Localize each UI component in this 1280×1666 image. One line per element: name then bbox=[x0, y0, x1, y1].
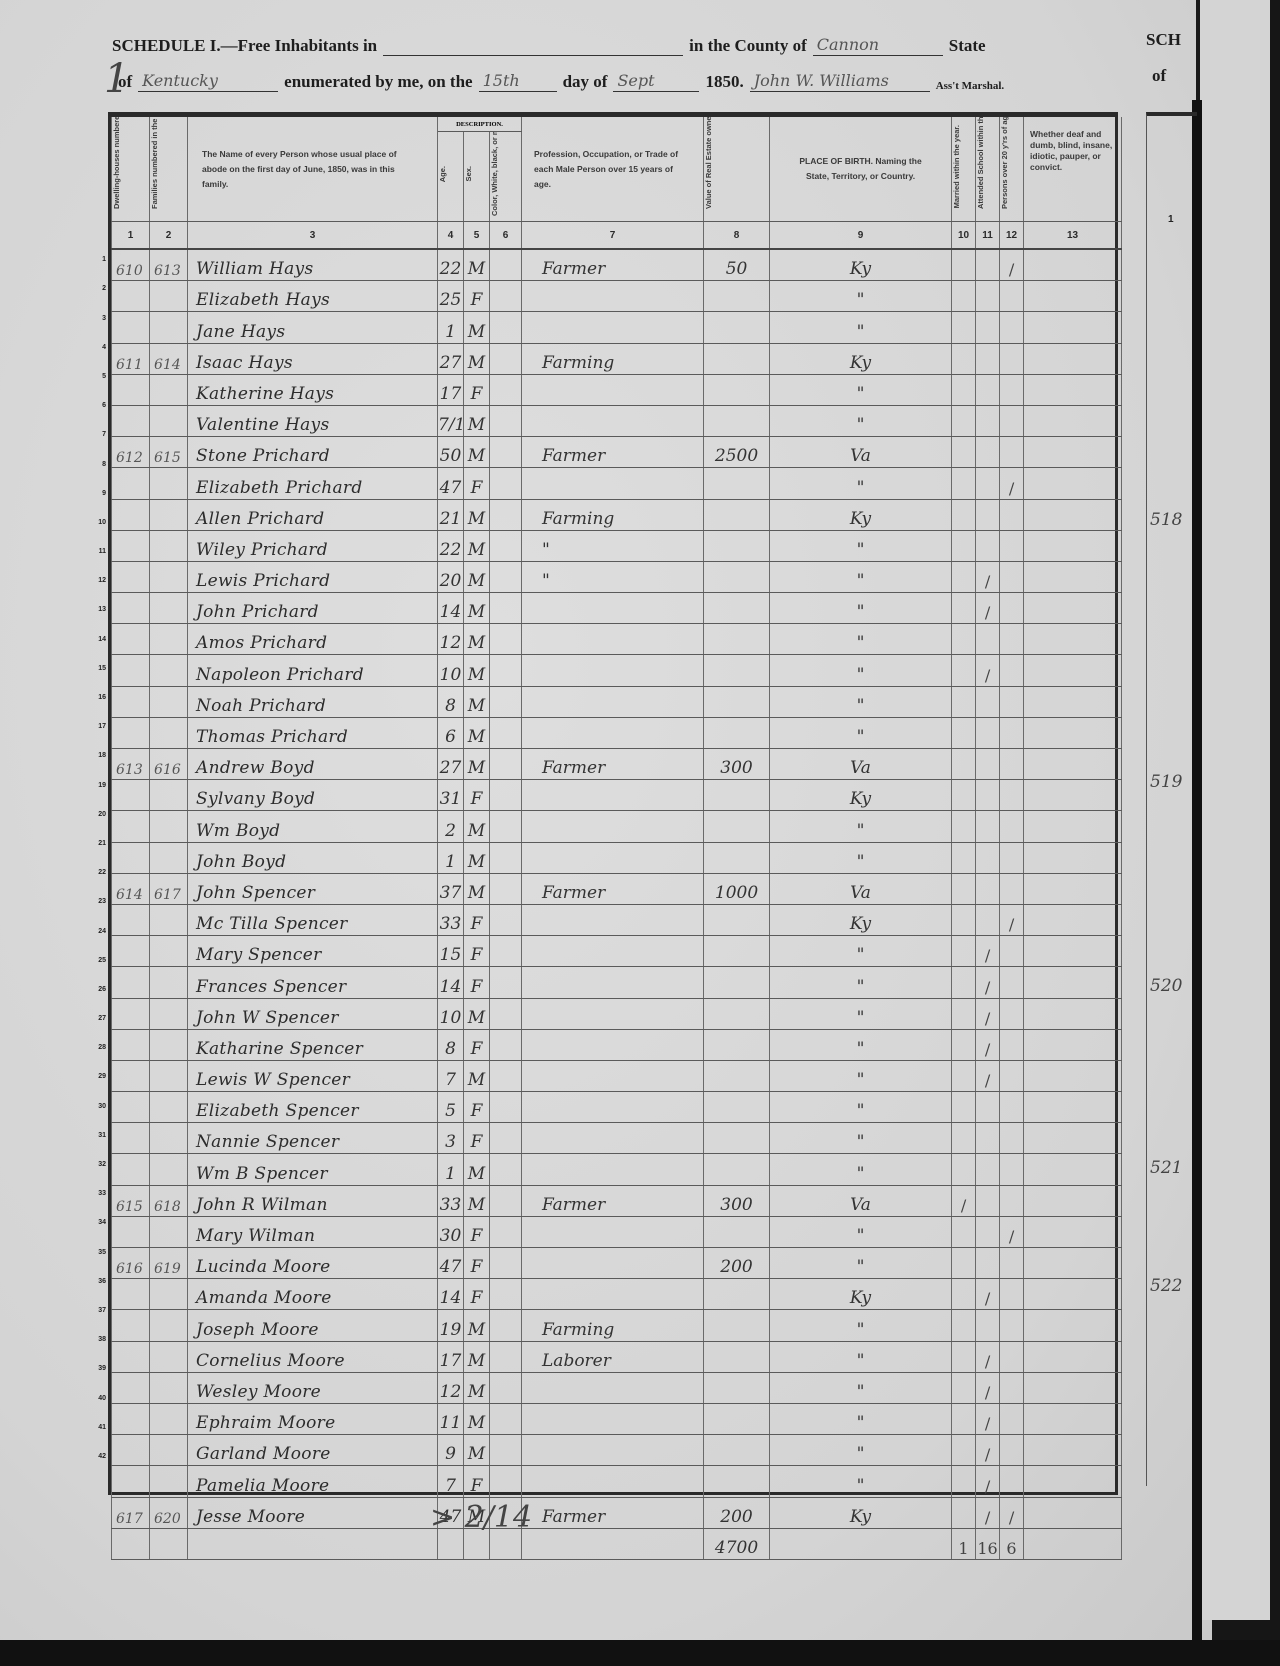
sex-cell: F bbox=[464, 1466, 490, 1497]
color-cell bbox=[490, 530, 522, 561]
cannot-read-write-cell bbox=[1000, 749, 1024, 780]
sex-cell: M bbox=[464, 1403, 490, 1434]
place-of-birth-cell: " bbox=[770, 405, 952, 436]
attended-school-cell bbox=[976, 811, 1000, 842]
attended-school-cell bbox=[976, 717, 1000, 748]
occupation-cell: Farmer bbox=[522, 1497, 704, 1528]
table-row: Allen Prichard21MFarmingKy bbox=[112, 499, 1122, 530]
line-number: 6 bbox=[84, 386, 106, 415]
place-of-birth-cell: " bbox=[770, 811, 952, 842]
married-within-year-cell bbox=[952, 1341, 976, 1372]
real-estate-value-cell bbox=[704, 374, 770, 405]
person-name-cell: Wesley Moore bbox=[188, 1372, 438, 1403]
cannot-read-write-cell bbox=[1000, 811, 1024, 842]
person-name-cell: Frances Spencer bbox=[188, 967, 438, 998]
attended-school-cell: / bbox=[976, 1466, 1000, 1497]
disability-cell bbox=[1024, 561, 1122, 592]
attended-school-cell bbox=[976, 499, 1000, 530]
table-row: Elizabeth Spencer5F" bbox=[112, 1092, 1122, 1123]
line-number: 2 bbox=[84, 269, 106, 298]
family-number-cell bbox=[150, 686, 188, 717]
age-cell: 14 bbox=[438, 593, 464, 624]
person-name-cell: Ephraim Moore bbox=[188, 1403, 438, 1434]
attended-school-cell bbox=[976, 343, 1000, 374]
family-number-cell bbox=[150, 1466, 188, 1497]
real-estate-value-cell bbox=[704, 1092, 770, 1123]
cannot-read-write-cell bbox=[1000, 1154, 1024, 1185]
sex-cell: F bbox=[464, 1123, 490, 1154]
married-within-year-cell bbox=[952, 1403, 976, 1434]
line-number: 40 bbox=[84, 1378, 106, 1407]
married-within-year-cell bbox=[952, 530, 976, 561]
attended-school-cell bbox=[976, 624, 1000, 655]
color-cell bbox=[490, 1123, 522, 1154]
attended-school-cell: / bbox=[976, 967, 1000, 998]
attended-school-cell: / bbox=[976, 1435, 1000, 1466]
person-name-cell: Thomas Prichard bbox=[188, 717, 438, 748]
county-field: Cannon bbox=[813, 35, 943, 56]
real-estate-value-cell bbox=[704, 1154, 770, 1185]
place-of-birth-cell: " bbox=[770, 530, 952, 561]
sex-cell: M bbox=[464, 655, 490, 686]
color-cell bbox=[490, 1310, 522, 1341]
scan-border bbox=[0, 1640, 1280, 1666]
dwelling-number-cell bbox=[112, 1060, 150, 1091]
person-name-cell: John W Spencer bbox=[188, 998, 438, 1029]
dwelling-number-cell bbox=[112, 904, 150, 935]
real-estate-value-cell bbox=[704, 655, 770, 686]
place-of-birth-cell: " bbox=[770, 624, 952, 655]
occupation-cell bbox=[522, 686, 704, 717]
married-within-year-cell: 1 bbox=[952, 1528, 976, 1559]
person-name-cell: Jane Hays bbox=[188, 312, 438, 343]
table-row: Cornelius Moore17MLaborer"/ bbox=[112, 1341, 1122, 1372]
table-row: Joseph Moore19MFarming" bbox=[112, 1310, 1122, 1341]
color-cell bbox=[490, 499, 522, 530]
place-of-birth-cell: Ky bbox=[770, 1279, 952, 1310]
dwelling-number-cell bbox=[112, 655, 150, 686]
sex-cell: F bbox=[464, 468, 490, 499]
occupation-cell bbox=[522, 1216, 704, 1247]
dwelling-number-cell bbox=[112, 842, 150, 873]
table-row: Garland Moore9M"/ bbox=[112, 1435, 1122, 1466]
married-within-year-cell: / bbox=[952, 1185, 976, 1216]
married-within-year-cell bbox=[952, 1154, 976, 1185]
place-of-birth-cell: Va bbox=[770, 873, 952, 904]
person-name-cell: Wiley Prichard bbox=[188, 530, 438, 561]
place-of-birth-cell: " bbox=[770, 936, 952, 967]
cannot-read-write-cell bbox=[1000, 780, 1024, 811]
sex-cell: M bbox=[464, 749, 490, 780]
occupation-cell bbox=[522, 904, 704, 935]
cannot-read-write-cell bbox=[1000, 873, 1024, 904]
real-estate-value-cell bbox=[704, 343, 770, 374]
family-number-cell bbox=[150, 499, 188, 530]
color-cell bbox=[490, 967, 522, 998]
age-cell: 22 bbox=[438, 249, 464, 281]
table-row: 612615Stone Prichard50MFarmer2500Va bbox=[112, 437, 1122, 468]
table-row: Mary Spencer15F"/ bbox=[112, 936, 1122, 967]
next-page-entry: 518 bbox=[1150, 510, 1182, 530]
age-cell: 9 bbox=[438, 1435, 464, 1466]
table-row: Wiley Prichard22M"" bbox=[112, 530, 1122, 561]
person-name-cell: Elizabeth Spencer bbox=[188, 1092, 438, 1123]
real-estate-value-cell bbox=[704, 998, 770, 1029]
disability-cell bbox=[1024, 374, 1122, 405]
table-row: Sylvany Boyd31FKy bbox=[112, 780, 1122, 811]
line-number: 36 bbox=[84, 1262, 106, 1291]
day-field: 15th bbox=[479, 71, 557, 92]
sex-cell: M bbox=[464, 312, 490, 343]
line-number: 41 bbox=[84, 1408, 106, 1437]
header-dwelling: Dwelling-houses numbered in the order of… bbox=[112, 117, 150, 222]
cannot-read-write-cell bbox=[1000, 936, 1024, 967]
column-number: 11 bbox=[976, 222, 1000, 250]
married-within-year-cell bbox=[952, 1466, 976, 1497]
family-number-cell bbox=[150, 593, 188, 624]
disability-cell bbox=[1024, 1154, 1122, 1185]
table-row: Wm B Spencer1M" bbox=[112, 1154, 1122, 1185]
disability-cell bbox=[1024, 1528, 1122, 1559]
real-estate-value-cell bbox=[704, 904, 770, 935]
place-of-birth-cell: " bbox=[770, 1435, 952, 1466]
color-cell bbox=[490, 624, 522, 655]
sex-cell: M bbox=[464, 437, 490, 468]
age-cell: 12 bbox=[438, 1372, 464, 1403]
person-name-cell: Pamelia Moore bbox=[188, 1466, 438, 1497]
attended-school-cell bbox=[976, 405, 1000, 436]
color-cell bbox=[490, 1372, 522, 1403]
disability-cell bbox=[1024, 1466, 1122, 1497]
line-number: 31 bbox=[84, 1116, 106, 1145]
place-of-birth-cell: " bbox=[770, 1372, 952, 1403]
attended-school-cell bbox=[976, 1123, 1000, 1154]
color-cell bbox=[490, 1248, 522, 1279]
family-number-cell bbox=[150, 1029, 188, 1060]
married-within-year-cell bbox=[952, 1497, 976, 1528]
attended-school-cell bbox=[976, 468, 1000, 499]
place-of-birth-cell: " bbox=[770, 686, 952, 717]
real-estate-value-cell bbox=[704, 936, 770, 967]
cannot-read-write-cell bbox=[1000, 842, 1024, 873]
occupation-cell bbox=[522, 468, 704, 499]
family-number-cell bbox=[150, 1528, 188, 1559]
color-cell bbox=[490, 1466, 522, 1497]
occupation-cell bbox=[522, 374, 704, 405]
disability-cell bbox=[1024, 281, 1122, 312]
color-cell bbox=[490, 655, 522, 686]
place-of-birth-cell: " bbox=[770, 1092, 952, 1123]
disability-cell bbox=[1024, 593, 1122, 624]
color-cell bbox=[490, 249, 522, 281]
sex-cell: M bbox=[464, 1185, 490, 1216]
married-within-year-cell bbox=[952, 312, 976, 343]
dwelling-number-cell bbox=[112, 1528, 150, 1559]
sex-cell: F bbox=[464, 904, 490, 935]
attended-school-cell bbox=[976, 780, 1000, 811]
person-name-cell: Isaac Hays bbox=[188, 343, 438, 374]
sex-cell: F bbox=[464, 780, 490, 811]
disability-cell bbox=[1024, 998, 1122, 1029]
table-row: Noah Prichard8M" bbox=[112, 686, 1122, 717]
age-cell: 30 bbox=[438, 1216, 464, 1247]
next-page-of-label: of bbox=[1152, 66, 1166, 86]
family-number-cell bbox=[150, 1092, 188, 1123]
sex-cell: M bbox=[464, 717, 490, 748]
table-row: Frances Spencer14F"/ bbox=[112, 967, 1122, 998]
age-cell: 7 bbox=[438, 1466, 464, 1497]
sex-cell: M bbox=[464, 593, 490, 624]
dwelling-number-cell bbox=[112, 1123, 150, 1154]
subdivision-field bbox=[383, 35, 683, 56]
line-number: 27 bbox=[84, 999, 106, 1028]
attended-school-cell: / bbox=[976, 1279, 1000, 1310]
real-estate-value-cell bbox=[704, 1466, 770, 1497]
real-estate-value-cell: 200 bbox=[704, 1248, 770, 1279]
sex-cell: M bbox=[464, 1310, 490, 1341]
person-name-cell: Joseph Moore bbox=[188, 1310, 438, 1341]
dwelling-number-cell: 615 bbox=[112, 1185, 150, 1216]
occupation-cell: Laborer bbox=[522, 1341, 704, 1372]
age-cell: 2 bbox=[438, 811, 464, 842]
cannot-read-write-cell bbox=[1000, 1435, 1024, 1466]
occupation-cell bbox=[522, 405, 704, 436]
line-number: 9 bbox=[84, 474, 106, 503]
real-estate-value-cell: 200 bbox=[704, 1497, 770, 1528]
age-cell: 33 bbox=[438, 904, 464, 935]
person-name-cell: Lucinda Moore bbox=[188, 1248, 438, 1279]
place-of-birth-cell: " bbox=[770, 281, 952, 312]
line-number: 38 bbox=[84, 1320, 106, 1349]
family-number-cell bbox=[150, 624, 188, 655]
color-cell bbox=[490, 593, 522, 624]
cannot-read-write-cell bbox=[1000, 686, 1024, 717]
family-number-cell: 613 bbox=[150, 249, 188, 281]
line-number: 28 bbox=[84, 1028, 106, 1057]
place-of-birth-cell: " bbox=[770, 998, 952, 1029]
person-name-cell: Mary Wilman bbox=[188, 1216, 438, 1247]
cannot-read-write-cell bbox=[1000, 1279, 1024, 1310]
person-name-cell: Elizabeth Prichard bbox=[188, 468, 438, 499]
table-row: 615618John R Wilman33MFarmer300Va/ bbox=[112, 1185, 1122, 1216]
place-of-birth-cell: Ky bbox=[770, 1497, 952, 1528]
occupation-cell: Farming bbox=[522, 1310, 704, 1341]
marshal-label: Ass't Marshal. bbox=[936, 80, 1004, 92]
line-number: 37 bbox=[84, 1291, 106, 1320]
occupation-cell bbox=[522, 1060, 704, 1091]
table-row: Jane Hays1M" bbox=[112, 312, 1122, 343]
sex-cell: M bbox=[464, 1154, 490, 1185]
real-estate-value-cell bbox=[704, 312, 770, 343]
dwelling-number-cell bbox=[112, 1403, 150, 1434]
attended-school-cell: / bbox=[976, 998, 1000, 1029]
sex-cell: F bbox=[464, 281, 490, 312]
sex-cell: F bbox=[464, 374, 490, 405]
person-name-cell: Amanda Moore bbox=[188, 1279, 438, 1310]
married-within-year-cell bbox=[952, 468, 976, 499]
cannot-read-write-cell bbox=[1000, 437, 1024, 468]
line-number: 35 bbox=[84, 1232, 106, 1261]
dwelling-number-cell bbox=[112, 811, 150, 842]
color-cell bbox=[490, 281, 522, 312]
line-number: 21 bbox=[84, 824, 106, 853]
age-cell: 1 bbox=[438, 1154, 464, 1185]
real-estate-value-cell bbox=[704, 1341, 770, 1372]
color-cell bbox=[490, 749, 522, 780]
table-row: Elizabeth Hays25F" bbox=[112, 281, 1122, 312]
color-cell bbox=[490, 998, 522, 1029]
attended-school-cell bbox=[976, 530, 1000, 561]
family-number-cell bbox=[150, 1435, 188, 1466]
occupation-cell bbox=[522, 780, 704, 811]
family-number-cell: 614 bbox=[150, 343, 188, 374]
line-number: 4 bbox=[84, 328, 106, 357]
real-estate-value-cell: 4700 bbox=[704, 1528, 770, 1559]
age-cell: 7/12 bbox=[438, 405, 464, 436]
dwelling-number-cell bbox=[112, 1029, 150, 1060]
place-of-birth-cell: " bbox=[770, 374, 952, 405]
disability-cell bbox=[1024, 1060, 1122, 1091]
place-of-birth-cell: Ky bbox=[770, 904, 952, 935]
attended-school-cell bbox=[976, 1092, 1000, 1123]
married-within-year-cell bbox=[952, 967, 976, 998]
married-within-year-cell bbox=[952, 1123, 976, 1154]
adjacent-page bbox=[1196, 0, 1270, 1620]
family-number-cell bbox=[150, 374, 188, 405]
attended-school-cell bbox=[976, 904, 1000, 935]
attended-school-cell: / bbox=[976, 1497, 1000, 1528]
family-number-cell bbox=[150, 717, 188, 748]
real-estate-value-cell: 1000 bbox=[704, 873, 770, 904]
age-cell: 20 bbox=[438, 561, 464, 592]
cannot-read-write-cell: / bbox=[1000, 904, 1024, 935]
person-name-cell: John R Wilman bbox=[188, 1185, 438, 1216]
age-cell: 47 bbox=[438, 468, 464, 499]
disability-cell bbox=[1024, 249, 1122, 281]
person-name-cell: John Spencer bbox=[188, 873, 438, 904]
year-label: 1850. bbox=[705, 72, 743, 92]
attended-school-cell: / bbox=[976, 1060, 1000, 1091]
attended-school-cell bbox=[976, 873, 1000, 904]
age-cell: 10 bbox=[438, 998, 464, 1029]
person-name-cell: Mc Tilla Spencer bbox=[188, 904, 438, 935]
family-number-cell bbox=[150, 655, 188, 686]
attended-school-cell bbox=[976, 1154, 1000, 1185]
header-description: DESCRIPTION. bbox=[438, 117, 522, 132]
family-number-cell bbox=[150, 1279, 188, 1310]
occupation-cell: " bbox=[522, 530, 704, 561]
column-number: 8 bbox=[704, 222, 770, 250]
table-row: Katherine Hays17F" bbox=[112, 374, 1122, 405]
occupation-cell bbox=[522, 312, 704, 343]
family-number-cell bbox=[150, 780, 188, 811]
family-number-cell bbox=[150, 1372, 188, 1403]
line-number: 30 bbox=[84, 1086, 106, 1115]
age-cell: 14 bbox=[438, 967, 464, 998]
occupation-cell: Farmer bbox=[522, 873, 704, 904]
cannot-read-write-cell bbox=[1000, 717, 1024, 748]
person-name-cell: Katharine Spencer bbox=[188, 1029, 438, 1060]
family-number-cell: 618 bbox=[150, 1185, 188, 1216]
family-number-cell bbox=[150, 530, 188, 561]
disability-cell bbox=[1024, 405, 1122, 436]
occupation-cell bbox=[522, 717, 704, 748]
disability-cell bbox=[1024, 1403, 1122, 1434]
dwelling-number-cell bbox=[112, 780, 150, 811]
attended-school-cell: / bbox=[976, 1341, 1000, 1372]
cannot-read-write-cell: / bbox=[1000, 249, 1024, 281]
county-label: in the County of bbox=[689, 36, 807, 56]
header-place-of-birth: PLACE OF BIRTH. Naming the State, Territ… bbox=[770, 117, 952, 222]
attended-school-cell bbox=[976, 1216, 1000, 1247]
real-estate-value-cell bbox=[704, 405, 770, 436]
age-cell: 1 bbox=[438, 312, 464, 343]
place-of-birth-cell: " bbox=[770, 717, 952, 748]
cannot-read-write-cell bbox=[1000, 1092, 1024, 1123]
dwelling-number-cell: 616 bbox=[112, 1248, 150, 1279]
occupation-cell: " bbox=[522, 561, 704, 592]
real-estate-value-cell bbox=[704, 967, 770, 998]
place-of-birth-cell: " bbox=[770, 1248, 952, 1279]
schedule-title: SCHEDULE I.—Free Inhabitants in bbox=[112, 36, 377, 56]
married-within-year-cell bbox=[952, 1216, 976, 1247]
line-number: 11 bbox=[84, 532, 106, 561]
place-of-birth-cell: Ky bbox=[770, 343, 952, 374]
table-row: Mc Tilla Spencer33FKy/ bbox=[112, 904, 1122, 935]
sex-cell: F bbox=[464, 1216, 490, 1247]
column-number: 9 bbox=[770, 222, 952, 250]
disability-cell bbox=[1024, 530, 1122, 561]
married-within-year-cell bbox=[952, 437, 976, 468]
header-married: Married within the year. bbox=[952, 117, 976, 222]
occupation-cell bbox=[522, 842, 704, 873]
disability-cell bbox=[1024, 312, 1122, 343]
attended-school-cell: / bbox=[976, 1029, 1000, 1060]
table-row: Wm Boyd2M" bbox=[112, 811, 1122, 842]
color-cell bbox=[490, 1435, 522, 1466]
family-number-cell bbox=[150, 811, 188, 842]
header-occupation: Profession, Occupation, or Trade of each… bbox=[522, 117, 704, 222]
cannot-read-write-cell bbox=[1000, 561, 1024, 592]
header-family: Families numbered in the order of visita… bbox=[150, 117, 188, 222]
color-cell bbox=[490, 1185, 522, 1216]
age-cell: 50 bbox=[438, 437, 464, 468]
married-within-year-cell bbox=[952, 343, 976, 374]
age-cell: 15 bbox=[438, 936, 464, 967]
sex-cell: M bbox=[464, 842, 490, 873]
cannot-read-write-cell bbox=[1000, 998, 1024, 1029]
place-of-birth-cell: " bbox=[770, 1466, 952, 1497]
age-cell: 22 bbox=[438, 530, 464, 561]
married-within-year-cell bbox=[952, 281, 976, 312]
place-of-birth-cell: " bbox=[770, 655, 952, 686]
attended-school-cell bbox=[976, 249, 1000, 281]
place-of-birth-cell: " bbox=[770, 1060, 952, 1091]
sex-cell: M bbox=[464, 1372, 490, 1403]
real-estate-value-cell bbox=[704, 499, 770, 530]
married-within-year-cell bbox=[952, 686, 976, 717]
real-estate-value-cell bbox=[704, 717, 770, 748]
family-number-cell bbox=[150, 405, 188, 436]
married-within-year-cell bbox=[952, 811, 976, 842]
real-estate-value-cell: 300 bbox=[704, 1185, 770, 1216]
occupation-cell bbox=[522, 811, 704, 842]
line-number: 8 bbox=[84, 444, 106, 473]
cannot-read-write-cell bbox=[1000, 1029, 1024, 1060]
occupation-cell bbox=[522, 593, 704, 624]
occupation-cell bbox=[522, 936, 704, 967]
occupation-cell bbox=[522, 1435, 704, 1466]
